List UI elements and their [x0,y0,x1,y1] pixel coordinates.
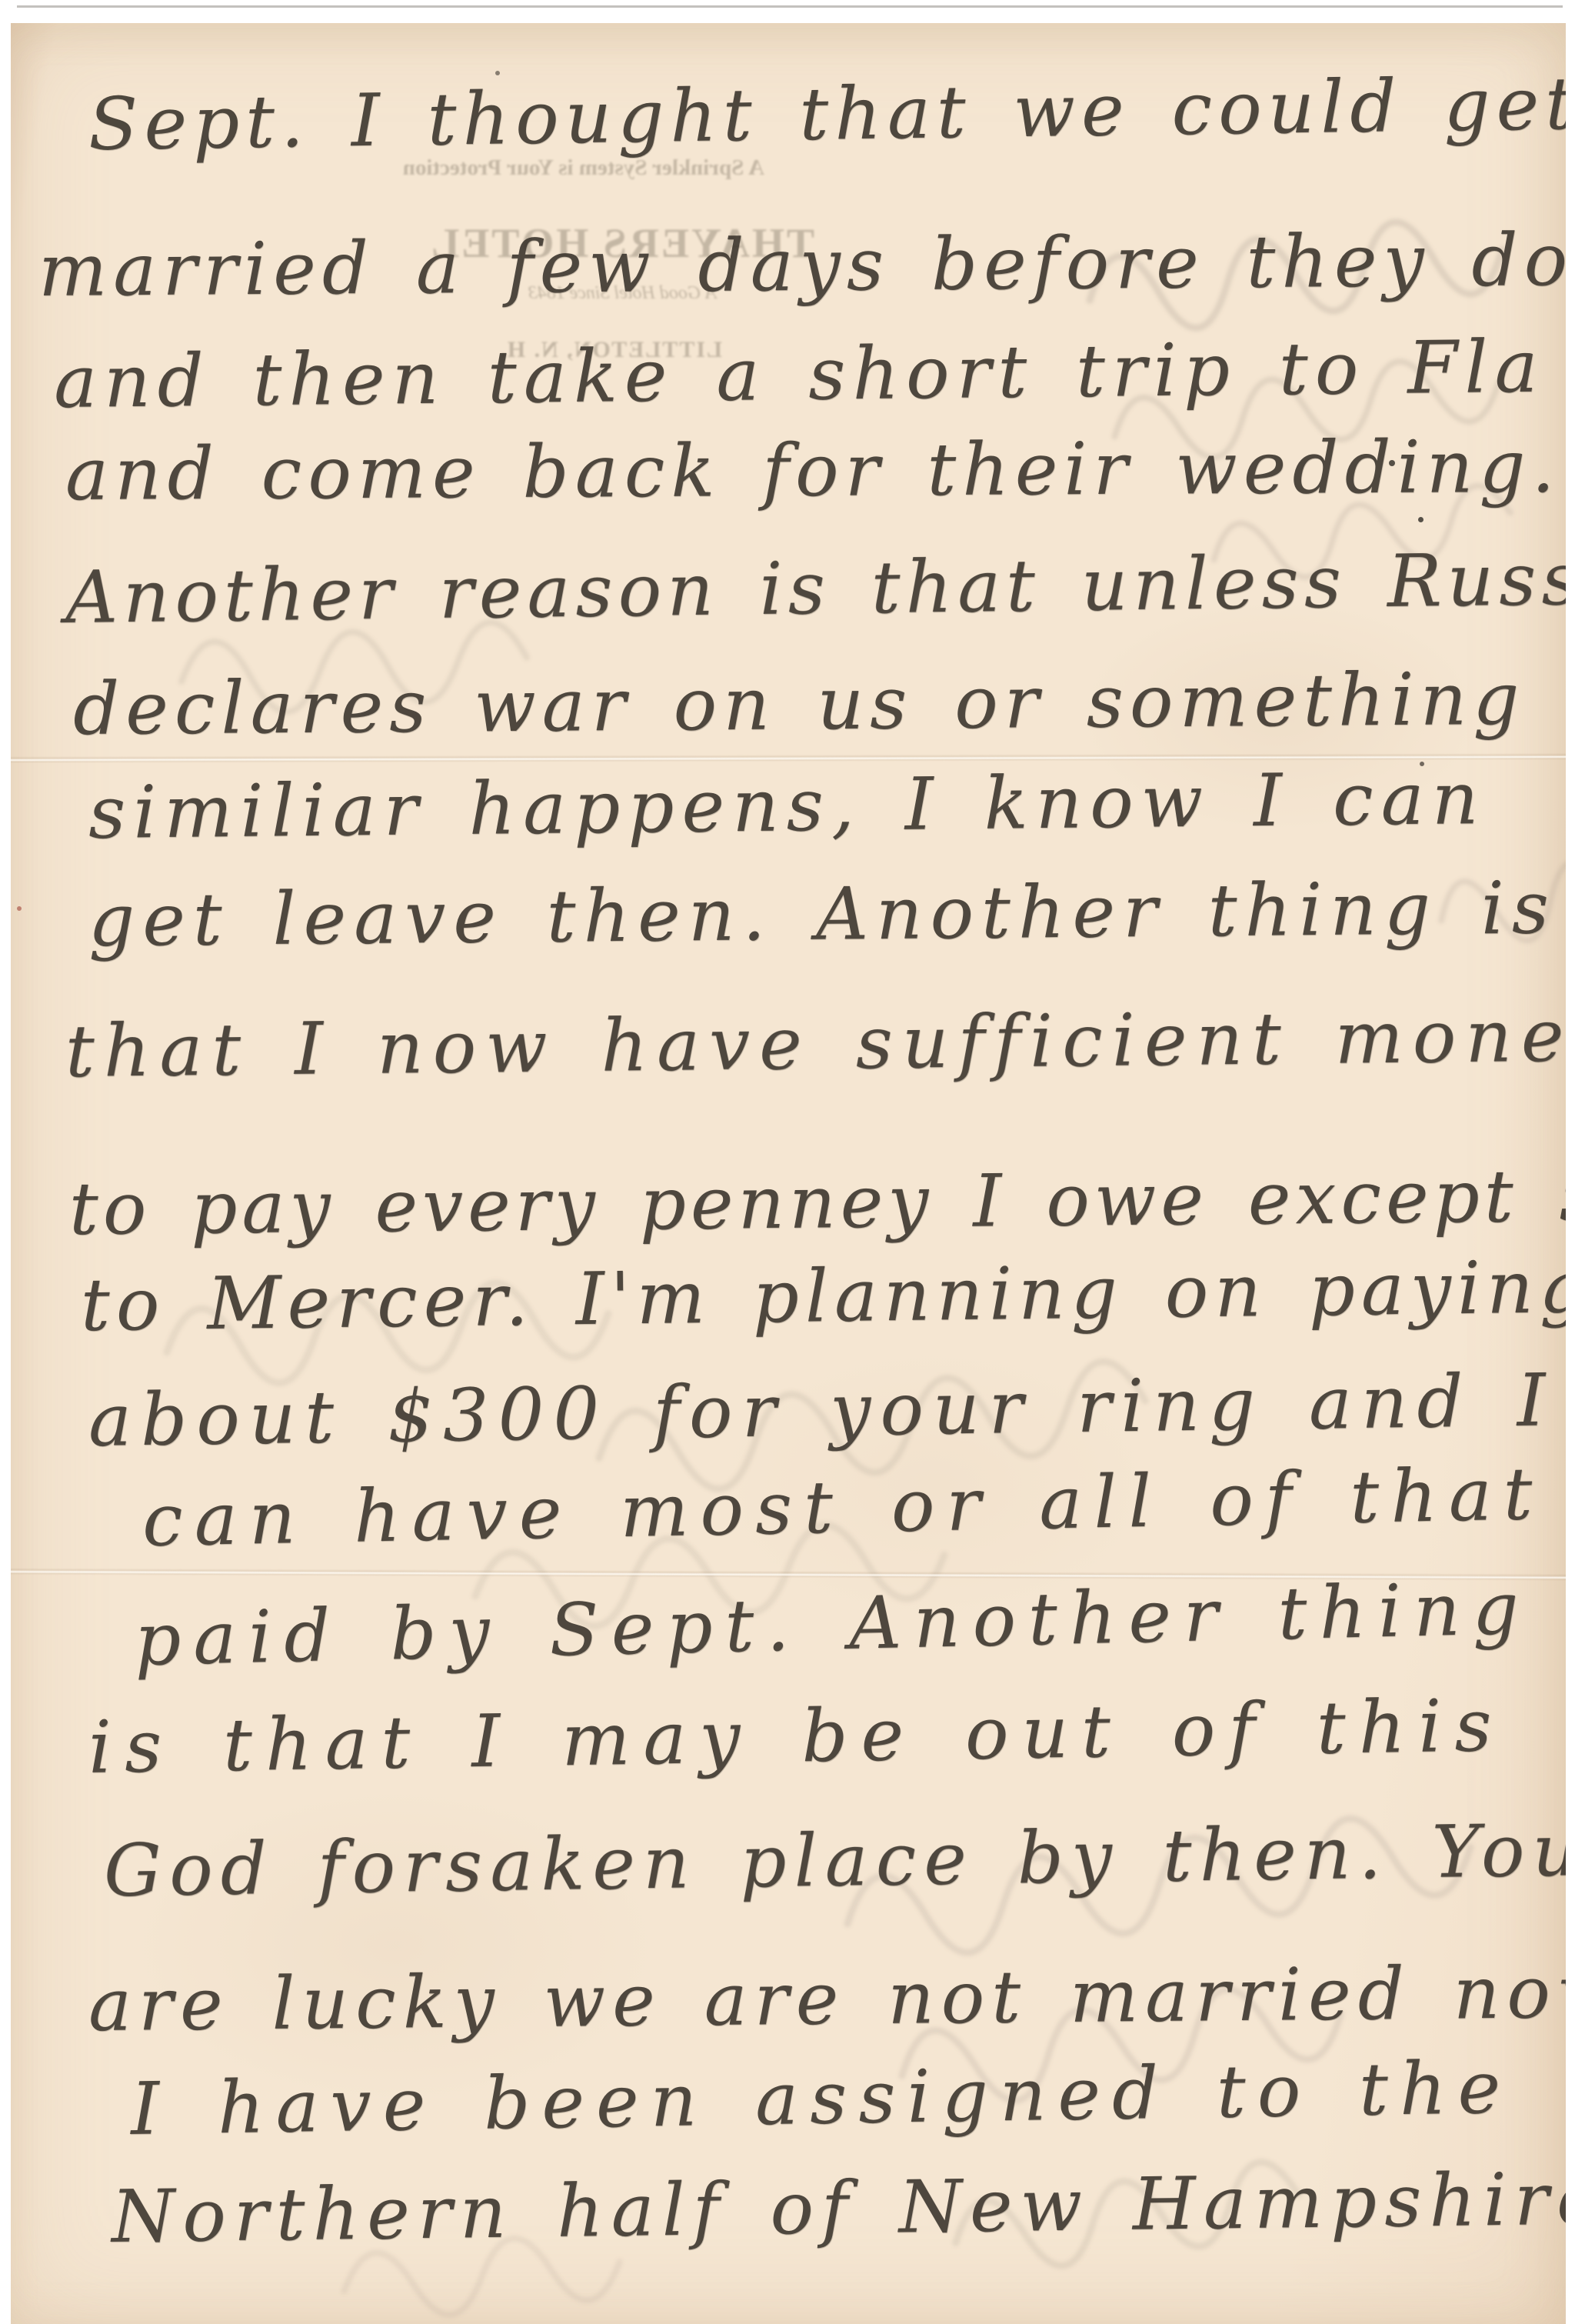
scanner-edge-line [17,5,1563,8]
handwritten-line: get leave then. Another thing is [88,869,1557,960]
ink-speck [1418,517,1423,522]
handwritten-line: married a few days before they do [38,222,1566,310]
ink-speck [1389,460,1395,466]
handwritten-line: that I now have sufficient money [65,997,1566,1092]
letter-paper: A Sprinkler System is Your Protection TH… [11,23,1566,2324]
handwritten-line: God forsaken place by then. You [103,1812,1566,1910]
handwritten-line: similiar happens, I know I can [88,760,1486,853]
dust-speck [17,906,22,911]
handwritten-line: and come back for their wedding. [65,428,1561,515]
handwritten-line: Northern half of New Hampshire [111,2160,1566,2256]
handwritten-line: and then take a short trip to Fla [53,328,1545,422]
handwritten-line: to pay every penney I owe except $100 [69,1156,1566,1249]
handwritten-line: to Mercer. I'm planning on paying [80,1249,1566,1345]
handwritten-line: are lucky we are not married now. [88,1953,1566,2045]
handwritten-line: about $300 for your ring and I [88,1362,1555,1460]
handwritten-line: declares war on us or something [73,661,1526,749]
handwritten-line: Another reason is that unless Russia [65,540,1566,638]
ink-speck [495,71,500,75]
ink-speck [1420,762,1424,766]
